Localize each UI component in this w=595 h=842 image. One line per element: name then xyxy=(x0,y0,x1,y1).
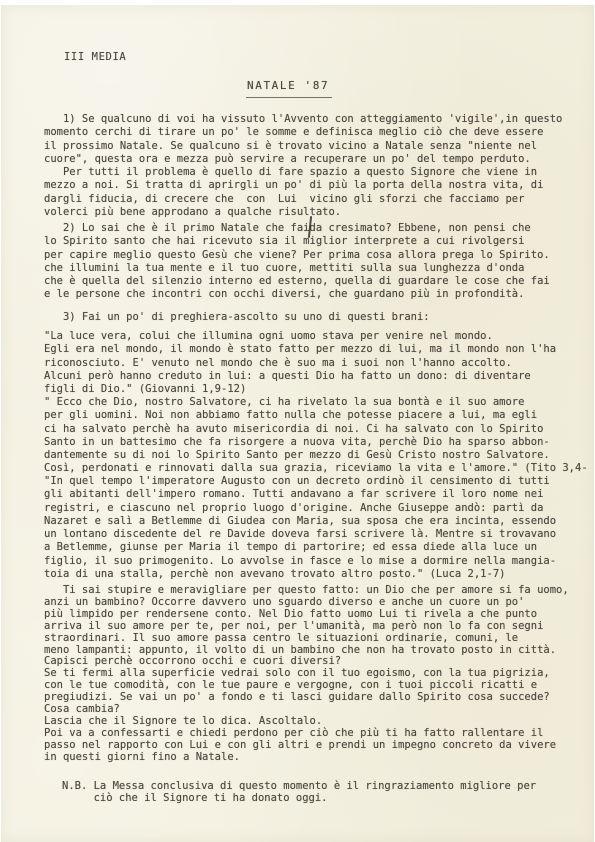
paragraph-2-cresimato: 2) Lo sai che è il primo Natale che faid… xyxy=(44,222,550,302)
quote-giovanni: "La luce vera, colui che illumina ogni u… xyxy=(44,330,556,396)
paragraph-reflection: Ti sai stupire e meravigliare per questo… xyxy=(44,585,569,764)
paragraph-3-preghiera-ascolto: 3) Fai un po' di preghiera-ascolto su un… xyxy=(44,311,430,324)
note-nb: N.B. La Messa conclusiva di questo momen… xyxy=(62,781,536,805)
quote-tito: " Ecco che Dio, nostro Salvatore, ci ha … xyxy=(44,396,588,476)
document-title-wrap: NATALE '87 xyxy=(246,74,332,98)
document-title: NATALE '87 xyxy=(246,79,332,98)
document-header: III MEDIA xyxy=(64,51,126,63)
quote-luca: "In quel tempo l'imperatore Augusto con … xyxy=(44,475,556,581)
paragraph-1-avvento: 1) Se qualcuno di voi ha vissuto l'Avven… xyxy=(44,113,562,219)
scanned-document-page: III MEDIA NATALE '87 1) Se qualcuno di v… xyxy=(0,0,595,842)
